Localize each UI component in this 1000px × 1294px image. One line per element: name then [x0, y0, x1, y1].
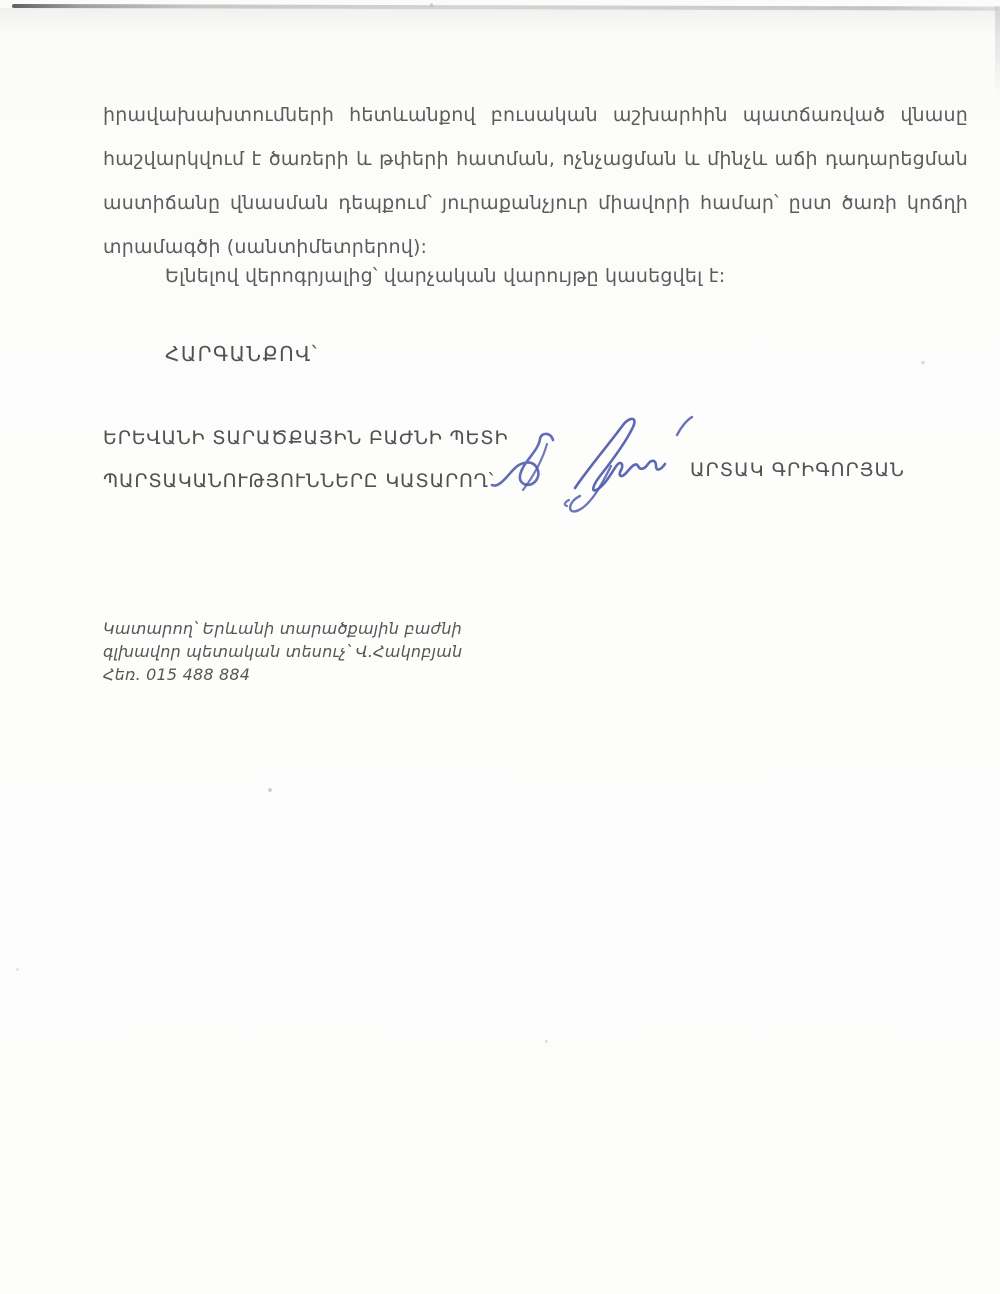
scan-speck — [545, 1040, 548, 1043]
signature-stroke — [575, 419, 665, 491]
executor-footer-note: Կատարող՝ Երևանի տարածքային բաժնի գլխավոր… — [103, 617, 462, 686]
scanned-letter-page: իրավախախտումների հետևանքով բուսական աշխա… — [0, 0, 1000, 1294]
signer-title-line2: ՊԱՐՏԱԿԱՆՈՒԹՅՈՒՆՆԵՐԸ ԿԱՏԱՐՈՂ՝ — [103, 460, 508, 503]
signature-stroke — [677, 417, 692, 435]
footer-line1: Կատարող՝ Երևանի տարածքային բաժնի — [103, 617, 462, 640]
signer-title-line1: ԵՐԵՎԱՆԻ ՏԱՐԱԾՔԱՅԻՆ ԲԱԺՆԻ ՊԵՏԻ — [103, 417, 508, 460]
signature-stroke — [565, 500, 569, 506]
scan-speck — [921, 361, 925, 364]
handwritten-signature-ink — [487, 408, 702, 528]
footer-phone: Հեռ. 015 488 884 — [103, 663, 462, 686]
body-paragraph-line: հաշվարկվում է ծառերի և թփերի հատման, ոչն… — [103, 137, 968, 181]
footer-line2: գլխավոր պետական տեսուչ՝ Վ.Հակոբյան — [103, 640, 462, 663]
scan-right-edge-artifact — [995, 6, 1000, 96]
signature-stroke — [570, 466, 611, 511]
body-paragraph-line: իրավախախտումների հետևանքով բուսական աշխա… — [103, 93, 968, 137]
closing-sentence: Ելնելով վերոգրյալից՝ վարչական վարույթը կ… — [165, 265, 725, 287]
signer-name: ԱՐՏԱԿ ԳՐԻԳՈՐՅԱՆ — [690, 459, 905, 481]
scan-top-haze — [0, 8, 1000, 34]
salutation: ՀԱՐԳԱՆՔՈՎ՝ — [165, 342, 318, 366]
signer-title-block: ԵՐԵՎԱՆԻ ՏԱՐԱԾՔԱՅԻՆ ԲԱԺՆԻ ՊԵՏԻ ՊԱՐՏԱԿԱՆՈՒ… — [103, 417, 508, 503]
body-paragraph: իրավախախտումների հետևանքով բուսական աշխա… — [103, 93, 968, 269]
scan-speck — [430, 3, 433, 7]
scan-speck — [16, 968, 19, 971]
body-paragraph-line: աստիճանը վնասման դեպքում՝ յուրաքանչյուր … — [103, 181, 968, 225]
signature-stroke — [492, 434, 553, 486]
body-paragraph-line: տրամագծի (սանտիմետրերով): — [103, 225, 968, 269]
scan-speck — [268, 788, 272, 792]
